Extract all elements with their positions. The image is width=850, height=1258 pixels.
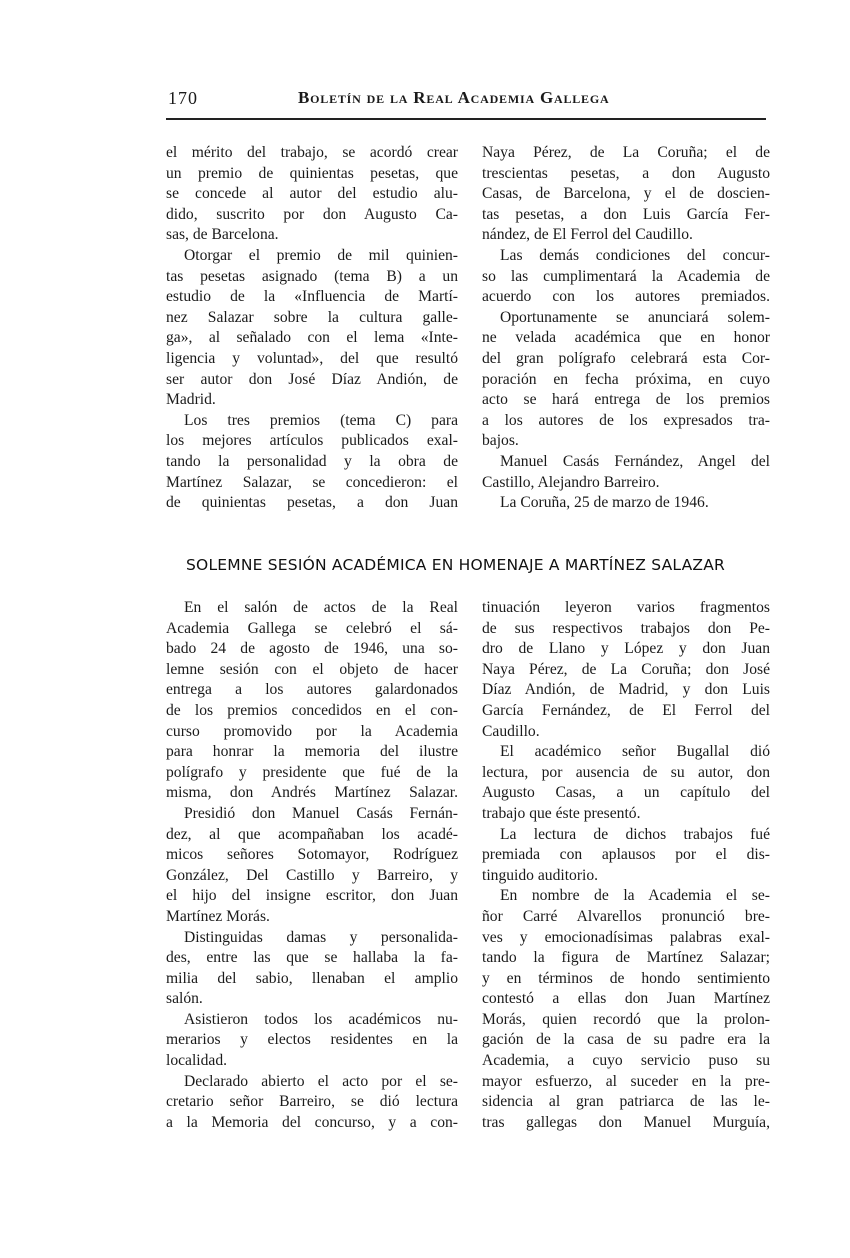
text-line: Distinguidas damas y personalida- xyxy=(166,928,458,949)
text-line: polígrafo y presidente que fué de la xyxy=(166,763,458,784)
text-line: La lectura de dichos trabajos fué xyxy=(482,825,770,846)
article-title: SOLEMNE SESIÓN ACADÉMICA EN HOMENAJE A M… xyxy=(186,556,756,574)
text-line: el mérito del trabajo, se acordó crear xyxy=(166,143,458,164)
text-line: de sus respectivos trabajos don Pe- xyxy=(482,619,770,640)
text-line: a la Memoria del concurso, y a con- xyxy=(166,1113,458,1134)
text-line: lectura, por ausencia de su autor, don xyxy=(482,763,770,784)
text-line: un premio de quinientas pesetas, que xyxy=(166,164,458,185)
text-line: ñor Carré Alvarellos pronunció bre- xyxy=(482,907,770,928)
text-line: Martínez Salazar, se concedieron: el xyxy=(166,473,458,494)
text-line: Casas, de Barcelona, y el de doscien- xyxy=(482,184,770,205)
text-line: nández, de El Ferrol del Caudillo. xyxy=(482,225,770,246)
text-line: Academia Gallega se celebró el sá- xyxy=(166,619,458,640)
text-line: bado 24 de agosto de 1946, una so- xyxy=(166,639,458,660)
text-line: Martínez Morás. xyxy=(166,907,458,928)
text-line: dez, al que acompañaban los acadé- xyxy=(166,825,458,846)
text-line: trescientas pesetas, a don Augusto xyxy=(482,164,770,185)
text-line: los mejores artículos publicados exal- xyxy=(166,431,458,452)
text-line: Asistieron todos los académicos nu- xyxy=(166,1010,458,1031)
text-line: tando la personalidad y la obra de xyxy=(166,452,458,473)
text-line: ga», al señalado con el lema «Inte- xyxy=(166,328,458,349)
running-head: 170 Boletín de la Real Academia Gallega xyxy=(166,86,766,112)
text-line: nez Salazar sobre la cultura galle- xyxy=(166,308,458,329)
text-line: premiada con aplausos por el dis- xyxy=(482,845,770,866)
text-line: lemne sesión con el objeto de hacer xyxy=(166,660,458,681)
text-line: curso promovido por la Academia xyxy=(166,722,458,743)
text-line: dro de Llano y López y don Juan xyxy=(482,639,770,660)
text-line: Oportunamente se anunciará solem- xyxy=(482,308,770,329)
text-line: Naya Pérez, de La Coruña; don José xyxy=(482,660,770,681)
text-line: de los premios concedidos en el con- xyxy=(166,701,458,722)
text-line: acto se hará entrega de los premios xyxy=(482,390,770,411)
text-line: para honrar la memoria del ilustre xyxy=(166,742,458,763)
text-line: contestó a ellas don Juan Martínez xyxy=(482,989,770,1010)
text-line: ligencia y voluntad», del que resultó xyxy=(166,349,458,370)
text-line: poración en fecha próxima, en cuyo xyxy=(482,370,770,391)
text-line: tinguido auditorio. xyxy=(482,866,770,887)
text-line: trabajo que éste presentó. xyxy=(482,804,770,825)
text-line: La Coruña, 25 de marzo de 1946. xyxy=(482,493,770,514)
text-line: González, Del Castillo y Barreiro, y xyxy=(166,866,458,887)
text-line: misma, don Andrés Martínez Salazar. xyxy=(166,783,458,804)
journal-title: Boletín de la Real Academia Gallega xyxy=(298,88,609,108)
text-line: Augusto Casas, a un capítulo del xyxy=(482,783,770,804)
text-line: a los autores de los expresados tra- xyxy=(482,411,770,432)
text-line: estudio de la «Influencia de Martí- xyxy=(166,287,458,308)
text-line: bajos. xyxy=(482,431,770,452)
text-line: Naya Pérez, de La Coruña; el de xyxy=(482,143,770,164)
text-line: so las cumplimentará la Academia de xyxy=(482,267,770,288)
text-line: tras gallegas don Manuel Murguía, xyxy=(482,1113,770,1134)
article-left-column: En el salón de actos de la RealAcademia … xyxy=(166,598,458,1133)
text-line: del gran polígrafo celebrará esta Cor- xyxy=(482,349,770,370)
text-line: Academia, a cuyo servicio puso su xyxy=(482,1051,770,1072)
text-line: micos señores Sotomayor, Rodríguez xyxy=(166,845,458,866)
page-number: 170 xyxy=(168,88,198,109)
text-line: Presidió don Manuel Casás Fernán- xyxy=(166,804,458,825)
text-line: En el salón de actos de la Real xyxy=(166,598,458,619)
text-line: tas pesetas, a don Luis García Fer- xyxy=(482,205,770,226)
article-right-column: tinuación leyeron varios fragmentosde su… xyxy=(482,598,770,1133)
text-line: y en términos de hondo sentimiento xyxy=(482,969,770,990)
text-line: tas pesetas asignado (tema B) a un xyxy=(166,267,458,288)
text-line: tando la figura de Martínez Salazar; xyxy=(482,948,770,969)
text-line: ne velada académica que en honor xyxy=(482,328,770,349)
text-line: cretario señor Barreiro, se dió lectura xyxy=(166,1092,458,1113)
text-line: García Fernández, de El Ferrol del xyxy=(482,701,770,722)
text-line: Otorgar el premio de mil quinien- xyxy=(166,246,458,267)
document-page: 170 Boletín de la Real Academia Gallega … xyxy=(0,0,850,1258)
text-line: salón. xyxy=(166,989,458,1010)
text-line: sidencia al gran patriarca de las le- xyxy=(482,1092,770,1113)
text-line: Castillo, Alejandro Barreiro. xyxy=(482,473,770,494)
text-line: Declarado abierto el acto por el se- xyxy=(166,1072,458,1093)
text-line: Díaz Andión, de Madrid, y don Luis xyxy=(482,680,770,701)
text-line: milia del sabio, llenaban el amplio xyxy=(166,969,458,990)
text-line: se concede al autor del estudio alu- xyxy=(166,184,458,205)
top-right-column: Naya Pérez, de La Coruña; el detrescient… xyxy=(482,143,770,514)
text-line: El académico señor Bugallal dió xyxy=(482,742,770,763)
text-line: dido, suscrito por don Augusto Ca- xyxy=(166,205,458,226)
text-line: entrega a los autores galardonados xyxy=(166,680,458,701)
text-line: Manuel Casás Fernández, Angel del xyxy=(482,452,770,473)
text-line: el hijo del insigne escritor, don Juan xyxy=(166,886,458,907)
text-line: gación de la casa de su padre era la xyxy=(482,1030,770,1051)
header-rule xyxy=(166,118,766,120)
text-line: localidad. xyxy=(166,1051,458,1072)
text-line: Caudillo. xyxy=(482,722,770,743)
text-line: acuerdo con los autores premiados. xyxy=(482,287,770,308)
text-line: En nombre de la Academia el se- xyxy=(482,886,770,907)
text-line: ser autor don José Díaz Andión, de xyxy=(166,370,458,391)
text-line: sas, de Barcelona. xyxy=(166,225,458,246)
text-line: Las demás condiciones del concur- xyxy=(482,246,770,267)
text-line: des, entre las que se hallaba la fa- xyxy=(166,948,458,969)
text-line: Madrid. xyxy=(166,390,458,411)
text-line: tinuación leyeron varios fragmentos xyxy=(482,598,770,619)
text-line: merarios y electos residentes en la xyxy=(166,1030,458,1051)
text-line: Los tres premios (tema C) para xyxy=(166,411,458,432)
text-line: Morás, quien recordó que la prolon- xyxy=(482,1010,770,1031)
text-line: de quinientas pesetas, a don Juan xyxy=(166,493,458,514)
text-line: mayor esfuerzo, al suceder en la pre- xyxy=(482,1072,770,1093)
top-left-column: el mérito del trabajo, se acordó crearun… xyxy=(166,143,458,514)
text-line: ves y emocionadísimas palabras exal- xyxy=(482,928,770,949)
